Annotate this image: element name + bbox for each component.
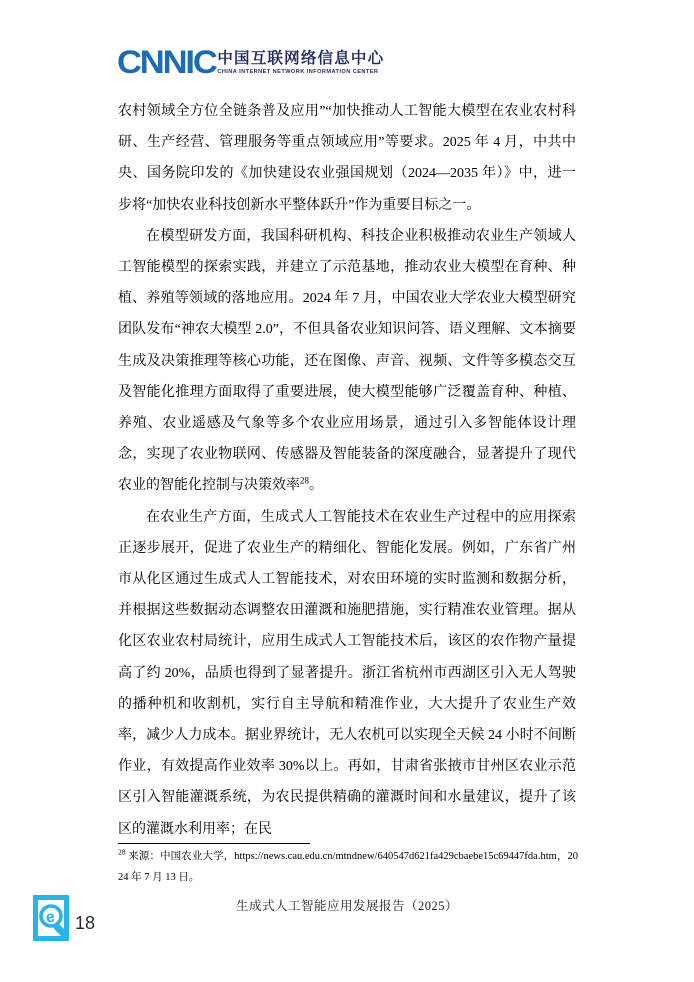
footer-title: 生成式人工智能应用发展报告（2025）	[0, 896, 694, 914]
page-body: 农村领域全方位全链条普及应用”“加快推动人工智能大模型在农业农村科研、生产经营、…	[118, 96, 576, 845]
footnote-separator	[118, 843, 310, 844]
footnote: 28 来源：中国农业大学，https://news.cau.edu.cn/mtn…	[118, 847, 578, 888]
paragraph-2-period: 。	[309, 478, 323, 493]
magnifier-document-icon: e	[33, 895, 72, 946]
paragraph-2-text: 在模型研发方面，我国科研机构、科技企业积极推动农业生产领域人工智能模型的探索实践…	[118, 229, 576, 494]
page-number: 18	[75, 913, 95, 934]
document-page: CNNIC 中国互联网络信息中心 CHINA INTERNET NETWORK …	[0, 0, 694, 982]
paragraph-3: 在农业生产方面，生成式人工智能技术在农业生产过程中的应用探索正逐步展开，促进了农…	[118, 502, 576, 845]
cnnic-en-name: CHINA INTERNET NETWORK INFORMATION CENTE…	[217, 68, 384, 76]
footnote-text: 来源：中国农业大学，https://news.cau.edu.cn/mtndne…	[118, 851, 578, 883]
cnnic-logo-names: 中国互联网络信息中心 CHINA INTERNET NETWORK INFORM…	[217, 49, 384, 76]
cnnic-wordmark: CNNIC	[117, 46, 216, 78]
paragraph-1: 农村领域全方位全链条普及应用”“加快推动人工智能大模型在农业农村科研、生产经营、…	[118, 96, 576, 221]
cnnic-cn-name: 中国互联网络信息中心	[217, 49, 384, 68]
cnnic-logo: CNNIC 中国互联网络信息中心 CHINA INTERNET NETWORK …	[117, 46, 384, 78]
cnnic-footer-logo: e	[33, 895, 72, 946]
footnote-marker: 28	[118, 848, 126, 857]
paragraph-2: 在模型研发方面，我国科研机构、科技企业积极推动农业生产领域人工智能模型的探索实践…	[118, 221, 576, 502]
footnote-ref-28: 28	[300, 476, 309, 486]
